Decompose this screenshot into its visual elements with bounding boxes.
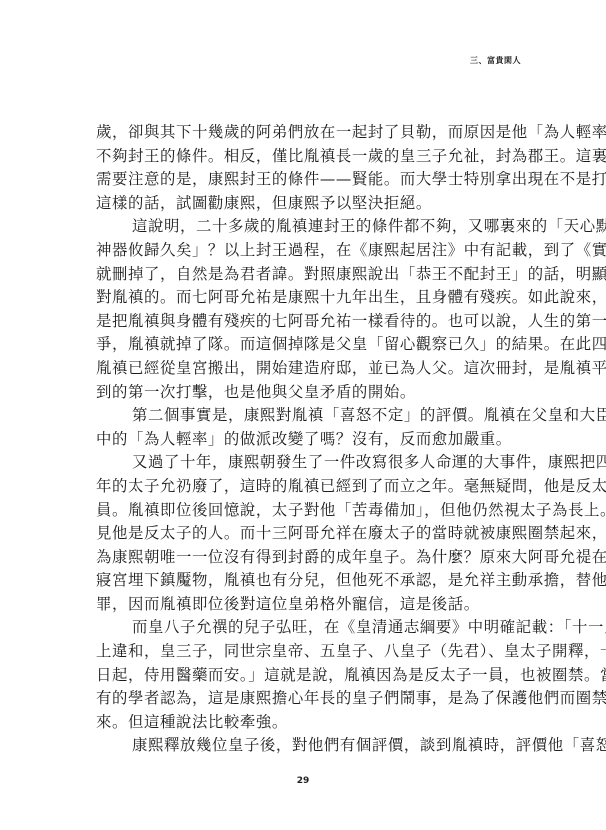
text-line: 對胤禛的。而七阿哥允祐是康熙十九年出生，且身體有殘疾。如此說來，康熙 (96, 286, 532, 310)
page-number: 29 (0, 776, 606, 786)
text-line: 有的學者認為，這是康熙擔心年長的皇子們鬧事，是為了保護他們而圈禁起 (96, 687, 532, 711)
text-line: 這說明，二十多歲的胤禛連封王的條件都不夠，又哪裏來的「天心默定， (96, 215, 532, 239)
text-line: 第二個事實是，康熙對胤禛「喜怒不定」的評價。胤禛在父皇和大臣心目 (96, 404, 532, 428)
text-line: 日起，侍用醫藥而安。」這就是說，胤禛因為是反太子一員，也被圈禁。當然， (96, 664, 532, 688)
text-line: 爭，胤禛就掉了隊。而這個掉隊是父皇「留心觀察已久」的結果。在此四年前， (96, 333, 532, 357)
text-line: 上違和，皇三子，同世宗皇帝、五皇子、八皇子（先君）、皇太子開釋，十八 (96, 640, 532, 664)
text-line: 見他是反太子的人。而十三阿哥允祥在廢太子的當時就被康熙圈禁起來，並成 (96, 522, 532, 546)
text-line: 就刪掉了，自然是為君者諱。對照康熙說出「恭王不配封王」的話，明顯是針 (96, 263, 532, 287)
text-line: 而皇八子允禩的兒子弘旺，在《皇清通志綱要》中明確記載：「十一月， (96, 616, 532, 640)
text-line: 不夠封王的條件。相反，僅比胤禛長一歲的皇三子允祉，封為郡王。這裏特別 (96, 145, 532, 169)
text-line: 到的第一次打擊，也是他與父皇矛盾的開始。 (96, 381, 532, 405)
text-line: 寢宮埋下鎮魘物，胤禛也有分兒，但他死不承認，是允祥主動承擔，替他頂了 (96, 569, 532, 593)
text-line: 胤禛已經從皇宮搬出，開始建造府邸，並已為人父。這次冊封，是胤禛平生受 (96, 357, 532, 381)
text-line: 又過了十年，康熙朝發生了一件改寫很多人命運的大事件，康熙把四十多 (96, 451, 532, 475)
text-line: 神器攸歸久矣」？以上封王過程，在《康熙起居注》中有記載，到了《實錄》 (96, 239, 532, 263)
running-header: 三、富貴閑人 (470, 55, 540, 66)
body-text: 歲，卻與其下十幾歲的阿弟們放在一起封了貝勒，而原因是他「為人輕率」，不夠封王的條… (96, 121, 532, 758)
text-line: 罪，因而胤禛即位後對這位皇弟格外寵信，這是後話。 (96, 593, 532, 617)
text-line: 來。但這種說法比較牽強。 (96, 711, 532, 735)
text-line: 需要注意的是，康熙封王的條件——賢能。而大學士特別拿出現在不是打江山 (96, 168, 532, 192)
text-line: 是把胤禛與身體有殘疾的七阿哥允祐一樣看待的。也可以說，人生的第一次競 (96, 310, 532, 334)
text-line: 員。胤禛即位後回憶說，太子對他「苦毒備加」，但他仍然視太子為長上。可 (96, 499, 532, 523)
text-line: 中的「為人輕率」的做派改變了嗎？沒有，反而愈加嚴重。 (96, 428, 532, 452)
text-line: 歲，卻與其下十幾歲的阿弟們放在一起封了貝勒，而原因是他「為人輕率」， (96, 121, 532, 145)
text-line: 這樣的話，試圖勸康熙，但康熙予以堅決拒絕。 (96, 192, 532, 216)
text-line: 為康熙朝唯一一位沒有得到封爵的成年皇子。為什麼？原來大阿哥允禔在太子 (96, 546, 532, 570)
text-line: 年的太子允礽廢了，這時的胤禛已經到了而立之年。毫無疑問，他是反太子一 (96, 475, 532, 499)
text-line: 康熙釋放幾位皇子後，對他們有個評價，談到胤禛時，評價他「喜怒不 (96, 734, 532, 758)
